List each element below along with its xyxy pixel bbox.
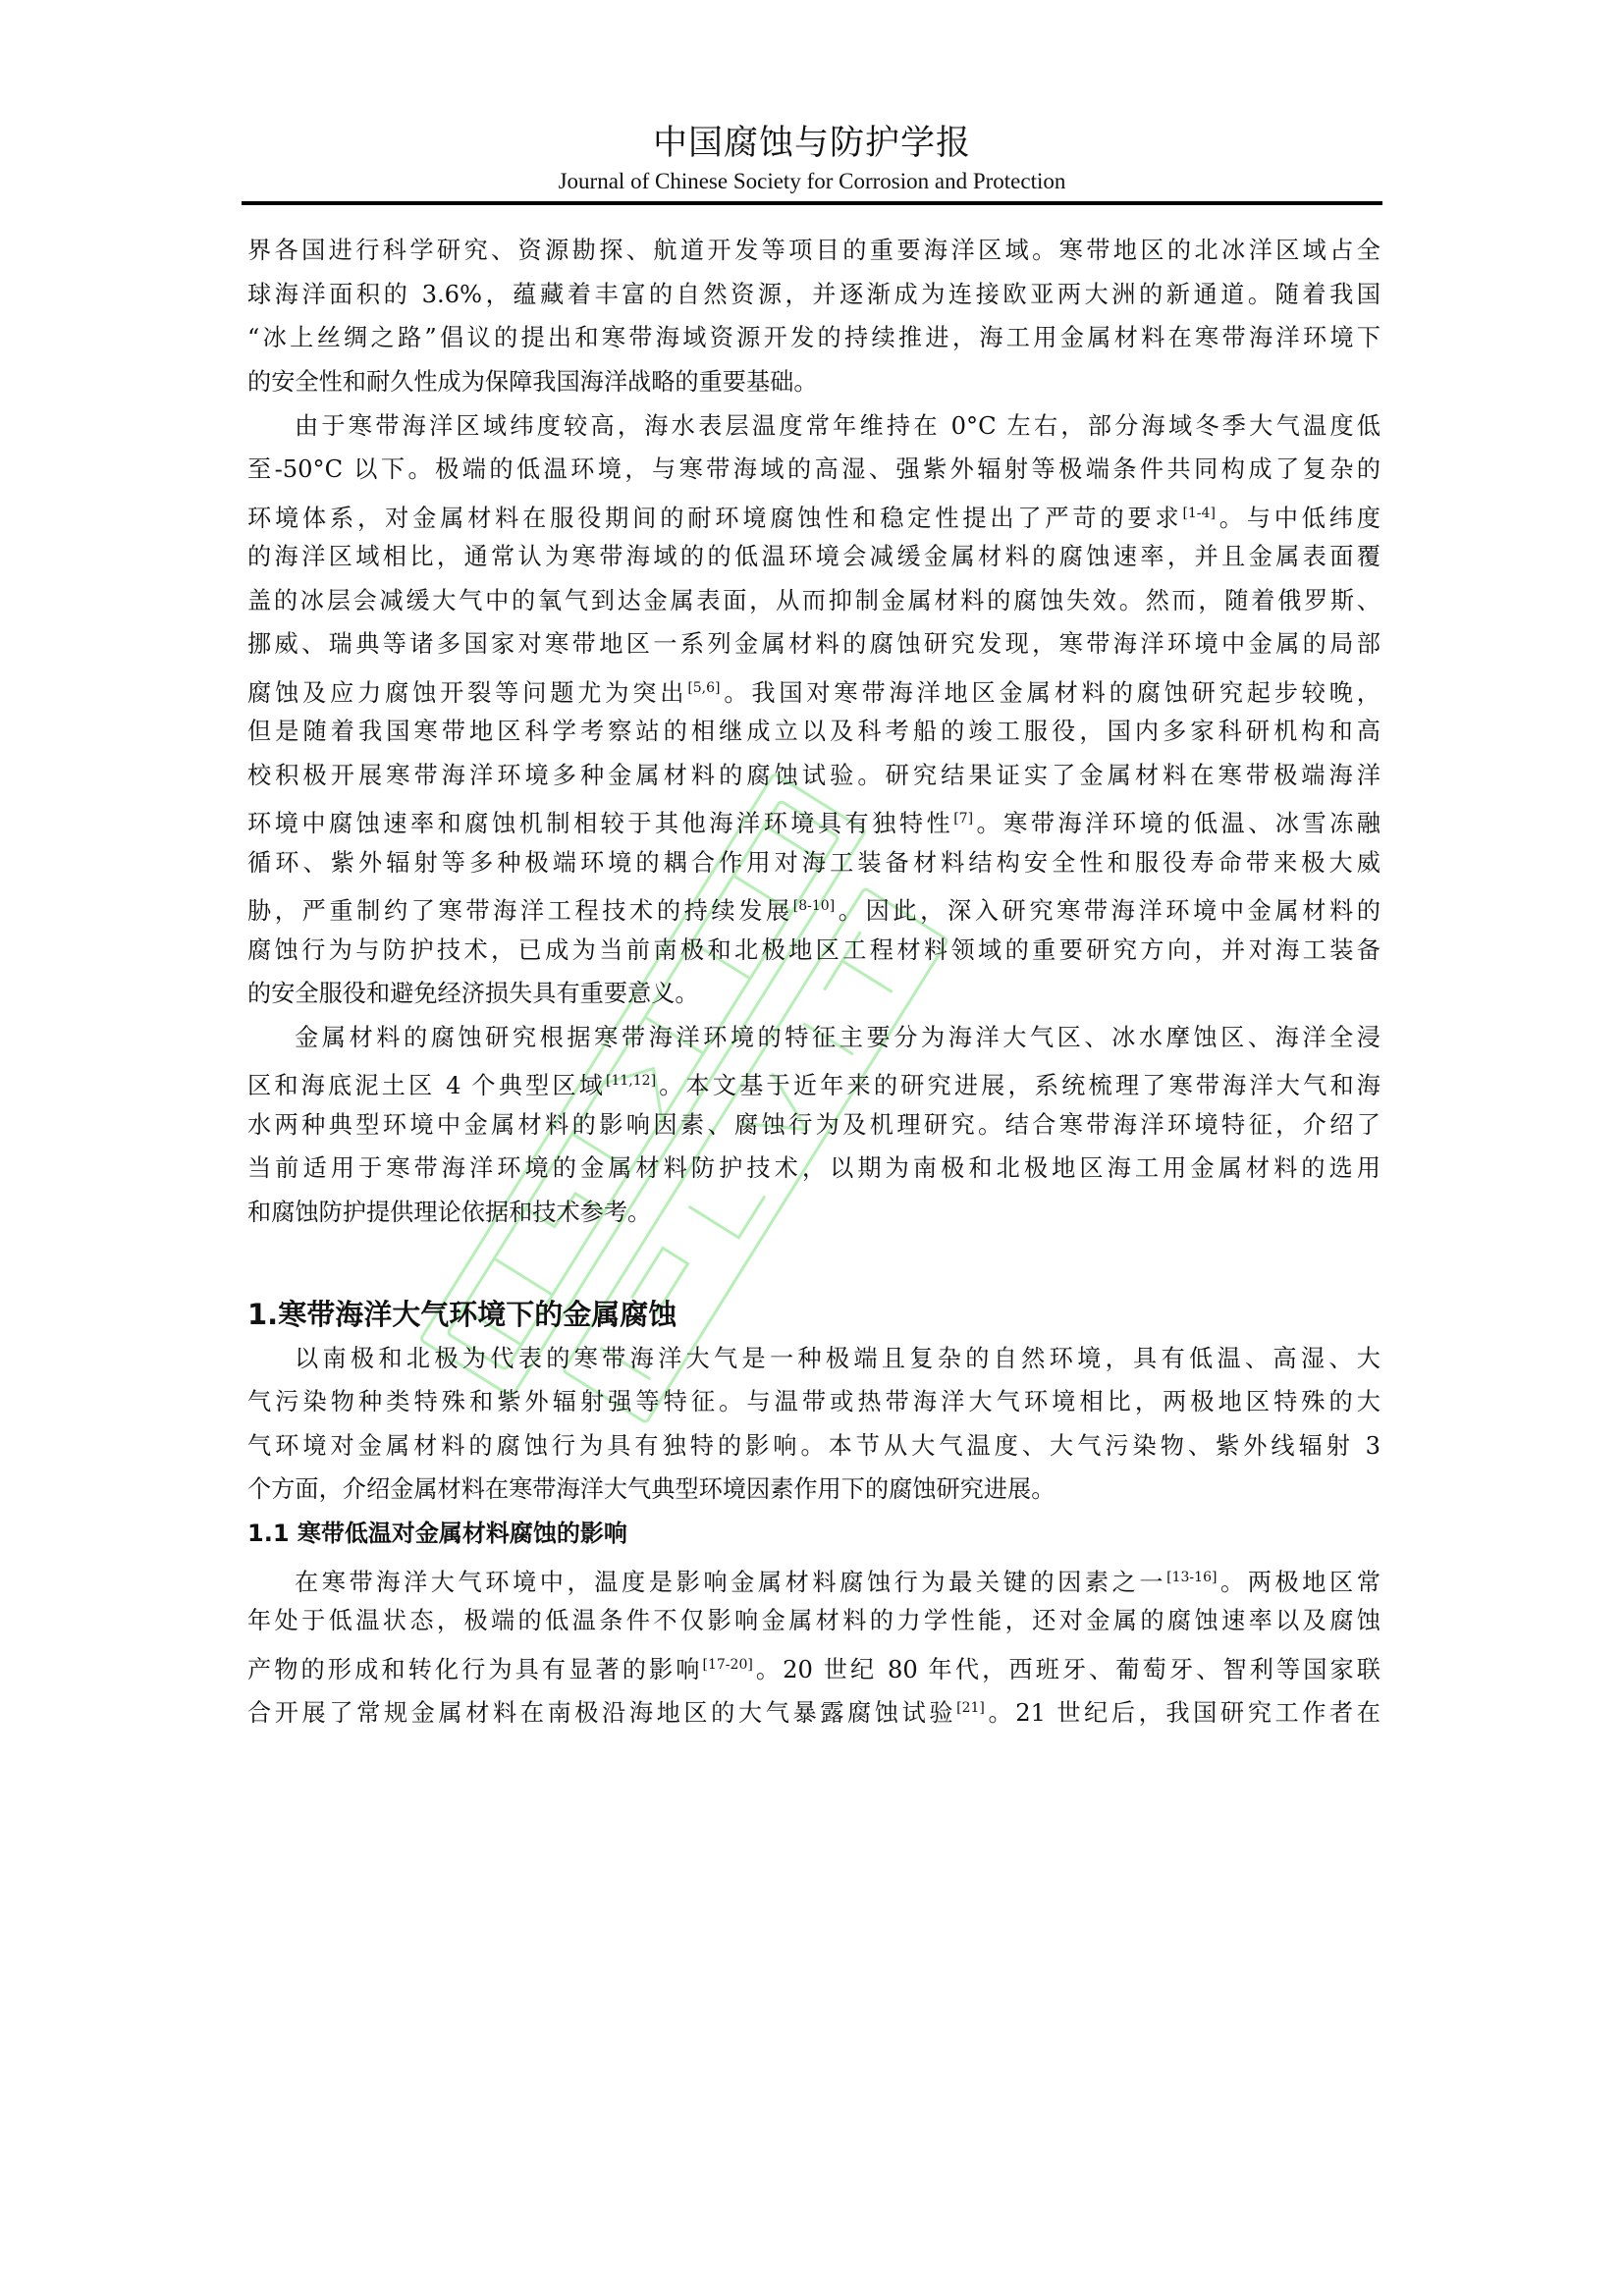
citation[interactable]: [8-10] <box>793 898 835 914</box>
paragraph-line: 界各国进行科学研究、资源勘探、航道开发等项目的重要海洋区域。寒带地区的北冰洋区域… <box>247 236 1380 265</box>
subsection-heading: 1.1 寒带低温对金属材料腐蚀的影响 <box>247 1519 627 1548</box>
paragraph-line: 胁，严重制约了寒带海洋工程技术的持续发展[8-10]。因此，深入研究寒带海洋环境… <box>247 891 1380 921</box>
journal-title-cn: 中国腐蚀与防护学报 <box>0 116 1624 165</box>
citation[interactable]: [11,12] <box>606 1073 656 1089</box>
paragraph-line: 的安全性和耐久性成为保障我国海洋战略的重要基础。 <box>247 367 1380 397</box>
paragraph-line: 由于寒带海洋区域纬度较高，海水表层温度常年维持在 0°C 左右，部分海域冬季大气… <box>295 411 1380 441</box>
citation[interactable]: [5,6] <box>687 680 720 696</box>
citation[interactable]: [7] <box>953 811 973 827</box>
citation[interactable]: [13-16] <box>1166 1570 1217 1585</box>
paragraph-line: 金属材料的腐蚀研究根据寒带海洋环境的特征主要分为海洋大气区、冰水摩蚀区、海洋全浸 <box>295 1023 1380 1052</box>
citation[interactable]: [21] <box>956 1700 985 1716</box>
paragraph-line: 年处于低温状态，极端的低温条件不仅影响金属材料的力学性能，还对金属的腐蚀速率以及… <box>247 1606 1380 1635</box>
paragraph-line: 水两种典型环境中金属材料的影响因素、腐蚀行为及机理研究。结合寒带海洋环境特征，介… <box>247 1110 1380 1140</box>
paragraph-line: 合开展了常规金属材料在南极沿海地区的大气暴露腐蚀试验[21]。21 世纪后，我国… <box>247 1693 1380 1723</box>
paragraph-line: 挪威、瑞典等诸多国家对寒带地区一系列金属材料的腐蚀研究发现，寒带海洋环境中金属的… <box>247 629 1380 659</box>
paragraph-line: 的海洋区域相比，通常认为寒带海域的的低温环境会减缓金属材料的腐蚀速率，并且金属表… <box>247 542 1380 571</box>
paragraph-line: 区和海底泥土区 4 个典型区域[11,12]。本文基于近年来的研究进展，系统梳理… <box>247 1066 1380 1095</box>
paragraph-line: 产物的形成和转化行为具有显著的影响[17-20]。20 世纪 80 年代，西班牙… <box>247 1650 1380 1680</box>
paragraph-line: 循环、紫外辐射等多种极端环境的耦合作用对海工装备材料结构安全性和服役寿命带来极大… <box>247 848 1380 878</box>
journal-title-en: Journal of Chinese Society for Corrosion… <box>0 169 1624 194</box>
paragraph-line: 球海洋面积的 3.6%，蕴藏着丰富的自然资源，并逐渐成为连接欧亚两大洲的新通道。… <box>247 280 1380 309</box>
paragraph-line: 气污染物种类特殊和紫外辐射强等特征。与温带或热带海洋大气环境相比，两极地区特殊的… <box>247 1387 1380 1416</box>
section-heading: 1.寒带海洋大气环境下的金属腐蚀 <box>247 1297 677 1332</box>
paper-page: 中国腐蚀与防护学报 Journal of Chinese Society for… <box>0 0 1624 2296</box>
paragraph-line: 校积极开展寒带海洋环境多种金属材料的腐蚀试验。研究结果证实了金属材料在寒带极端海… <box>247 761 1380 790</box>
citation[interactable]: [1-4] <box>1182 506 1215 521</box>
paragraph-line: 气环境对金属材料的腐蚀行为具有独特的影响。本节从大气温度、大气污染物、紫外线辐射… <box>247 1431 1380 1461</box>
paragraph-line: 腐蚀行为与防护技术，已成为当前南极和北极地区工程材料领域的重要研究方向，并对海工… <box>247 935 1380 965</box>
paragraph-line: 的安全服役和避免经济损失具有重要意义。 <box>247 979 1380 1008</box>
paragraph-line: 至-50°C 以下。极端的低温环境，与寒带海域的高湿、强紫外辐射等极端条件共同构… <box>247 454 1380 484</box>
paragraph-line: 但是随着我国寒带地区科学考察站的相继成立以及科考船的竣工服役，国内多家科研机构和… <box>247 717 1380 746</box>
paragraph-line: 在寒带海洋大气环境中，温度是影响金属材料腐蚀行为最关键的因素之一[13-16]。… <box>295 1563 1380 1592</box>
paragraph-line: 环境体系，对金属材料在服役期间的耐环境腐蚀性和稳定性提出了严苛的要求[1-4]。… <box>247 499 1380 528</box>
citation[interactable]: [17-20] <box>703 1657 753 1673</box>
paragraph-line: 当前适用于寒带海洋环境的金属材料防护技术，以期为南极和北极地区海工用金属材料的选… <box>247 1153 1380 1183</box>
paragraph-line: 个方面，介绍金属材料在寒带海洋大气典型环境因素作用下的腐蚀研究进展。 <box>247 1474 1380 1504</box>
paragraph-line: 腐蚀及应力腐蚀开裂等问题尤为突出[5,6]。我国对寒带海洋地区金属材料的腐蚀研究… <box>247 673 1380 703</box>
paragraph-line: 盖的冰层会减缓大气中的氧气到达金属表面，从而抑制金属材料的腐蚀失效。然而，随着俄… <box>247 586 1380 615</box>
paragraph-line: 以南极和北极为代表的寒带海洋大气是一种极端且复杂的自然环境，具有低温、高湿、大 <box>295 1344 1380 1373</box>
paragraph-line: “冰上丝绸之路”倡议的提出和寒带海域资源开发的持续推进，海工用金属材料在寒带海洋… <box>247 323 1380 352</box>
paragraph-line: 和腐蚀防护提供理论依据和技术参考。 <box>247 1198 1380 1227</box>
header-rule <box>242 201 1382 205</box>
paragraph-line: 环境中腐蚀速率和腐蚀机制相较于其他海洋环境具有独特性[7]。寒带海洋环境的低温、… <box>247 804 1380 833</box>
